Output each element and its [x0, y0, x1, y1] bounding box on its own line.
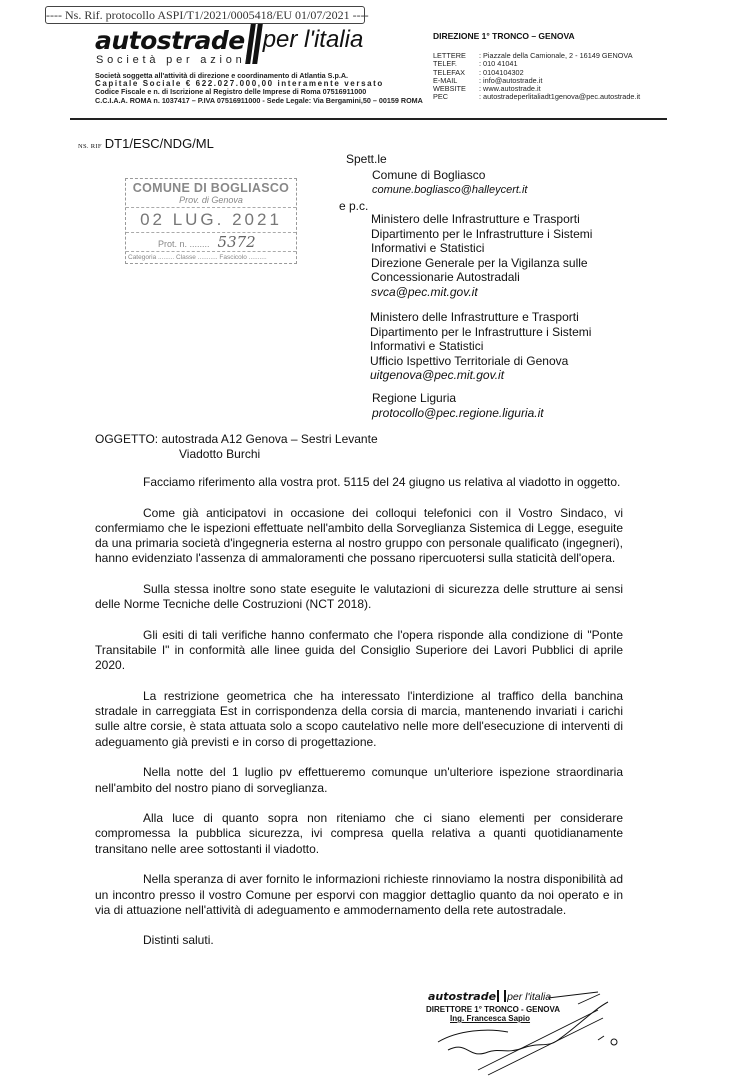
subject-line-2: Viadotto Burchi [95, 447, 378, 462]
recipient-cc-2: Ministero delle Infrastrutture e Traspor… [370, 310, 591, 383]
body-paragraph: Alla luce di quanto sopra non riteniamo … [95, 811, 623, 857]
reference-value: DT1/ESC/NDG/ML [105, 136, 214, 151]
recipient-line: Ministero delle Infrastrutture e Traspor… [370, 310, 591, 325]
recipient-line: Ufficio Ispettivo Territoriale di Genova [370, 354, 591, 369]
body-paragraph: Nella notte del 1 luglio pv effettueremo… [95, 765, 623, 795]
header-divider [70, 118, 667, 120]
recipient-line: Informativi e Statistici [371, 241, 592, 256]
body-paragraph: Gli esiti di tali verifiche hanno confer… [95, 628, 623, 674]
body-paragraph: Sulla stessa inoltre sono state eseguite… [95, 582, 623, 612]
contact-label: PEC [433, 93, 479, 101]
salutation: Spett.le [346, 152, 387, 166]
subject: OGGETTO: autostrada A12 Genova – Sestri … [95, 432, 378, 462]
letter-body: Facciamo riferimento alla vostra prot. 5… [95, 475, 623, 964]
stamp-footer: Categoria ......... Classe ........... F… [126, 252, 296, 263]
recipient-line: Informativi e Statistici [370, 339, 591, 354]
signature-block: autostradeper l'italia DIRETTORE 1° TRON… [428, 990, 648, 1080]
contact-value: : autostradeperlitaliadt1genova@pec.auto… [479, 93, 640, 101]
body-paragraph: Come già anticipatovi in occasione dei c… [95, 506, 623, 567]
handwritten-signature-icon [428, 990, 648, 1080]
closing: Distinti saluti. [95, 933, 623, 948]
stamp-date: 02 LUG. 2021 [126, 208, 296, 233]
body-paragraph: Nella speranza di aver fornito le inform… [95, 872, 623, 918]
recipient-email: protocollo@pec.regione.liguria.it [372, 406, 544, 421]
logo-brand: autostrade [95, 26, 245, 55]
recipient-cc-1: Ministero delle Infrastrutture e Traspor… [371, 212, 592, 299]
direction-title: DIREZIONE 1° TRONCO – GENOVA [433, 31, 575, 41]
reference-label: NS. RIF [78, 143, 102, 150]
contact-row: PEC: autostradeperlitaliadt1genova@pec.a… [433, 93, 640, 101]
body-paragraph: La restrizione geometrica che ha interes… [95, 689, 623, 750]
body-paragraph: Facciamo riferimento alla vostra prot. 5… [95, 475, 623, 490]
logo-subtitle: Società per azioni [96, 54, 252, 66]
recipient-email: svca@pec.mit.gov.it [371, 285, 592, 300]
stamp-province: Prov. di Genova [126, 195, 296, 208]
recipient-line: Comune di Bogliasco [372, 168, 527, 183]
internal-reference: NS. RIFDT1/ESC/NDG/ML [78, 136, 214, 151]
stamp-protocol: Prot. n. ........5372 [126, 233, 296, 252]
logo-suffix: per l'italia [263, 26, 364, 53]
stamp-protocol-number: 5372 [218, 233, 256, 251]
protocol-reference-box: ---- Ns. Rif. protocollo ASPI/T1/2021/00… [45, 6, 365, 24]
subject-line-1: : autostrada A12 Genova – Sestri Levante [155, 432, 378, 446]
recipient-line: Ministero delle Infrastrutture e Traspor… [371, 212, 592, 227]
contact-block: LETTERE: Piazzale della Camionale, 2 - 1… [433, 52, 640, 102]
recipient-line: Dipartimento per le Infrastrutture i Sis… [371, 227, 592, 242]
stamp-municipality: COMUNE DI BOGLIASCO [126, 181, 296, 195]
reception-stamp: COMUNE DI BOGLIASCO Prov. di Genova 02 L… [125, 178, 297, 264]
recipient-line: Direzione Generale per la Vigilanza sull… [371, 256, 592, 271]
recipient-email: comune.bogliasco@halleycert.it [372, 183, 527, 198]
stamp-protocol-label: Prot. n. ........ [158, 239, 210, 249]
company-info: Società soggetta all'attività di direzio… [95, 72, 423, 105]
recipient-line: Concessionarie Autostradali [371, 270, 592, 285]
recipient-primary: Comune di Bogliasco comune.bogliasco@hal… [372, 168, 527, 197]
recipient-cc-3: Regione Liguria protocollo@pec.regione.l… [372, 391, 544, 420]
cc-label: e p.c. [339, 199, 368, 213]
company-info-line: C.C.I.A.A. ROMA n. 1037417 – P.IVA 07516… [95, 97, 423, 105]
recipient-line: Dipartimento per le Infrastrutture i Sis… [370, 325, 591, 340]
contact-row: LETTERE: Piazzale della Camionale, 2 - 1… [433, 52, 640, 60]
recipient-line: Regione Liguria [372, 391, 544, 406]
subject-label: OGGETTO [95, 432, 155, 446]
recipient-email: uitgenova@pec.mit.gov.it [370, 368, 591, 383]
